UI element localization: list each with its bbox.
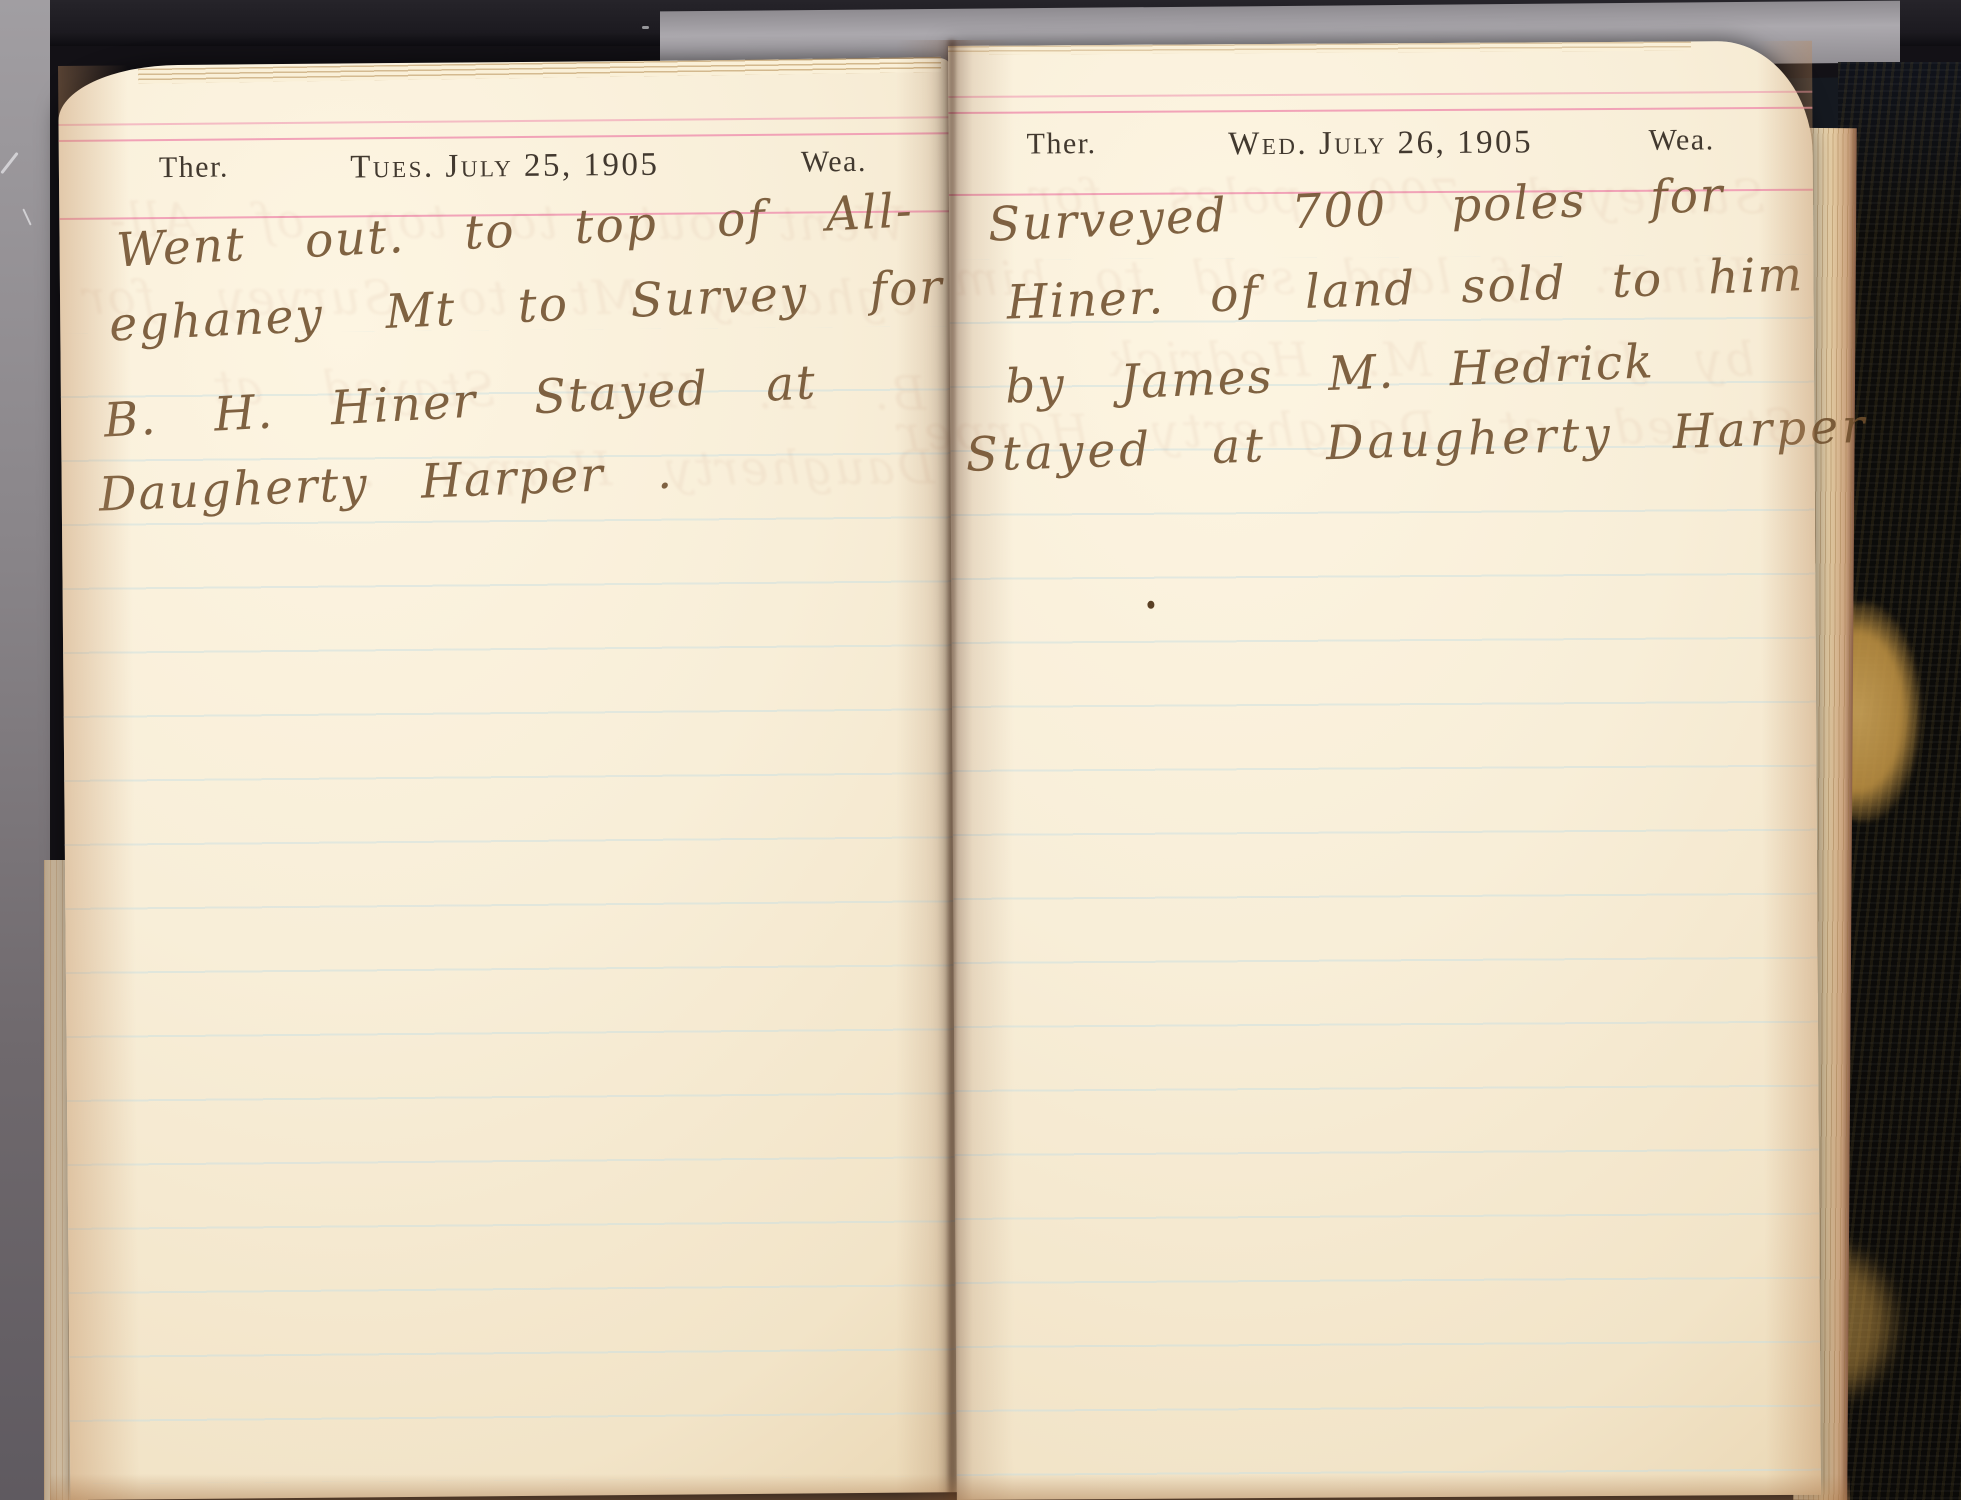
scratch-mark	[0, 152, 18, 174]
printed-header-left: Ther. Tues. July 25, 1905 Wea.	[59, 144, 951, 152]
page-bottom-edge	[50, 1474, 1850, 1500]
scanned-diary-photo: Ther. Tues. July 25, 1905 Wea. Went out.…	[0, 0, 1961, 1500]
handwritten-line: eghaney Mt to Survey for	[108, 260, 945, 353]
handwritten-line: Hiner. of land sold to him	[1006, 247, 1805, 331]
page-shading	[1757, 41, 1821, 1495]
pink-rule	[948, 107, 1812, 114]
ther-label: Ther.	[1026, 127, 1096, 161]
handwritten-entry-right: Surveyed 700 poles for Hiner. of land so…	[989, 193, 1781, 558]
handwritten-entry-left: Went out. to top of All- eghaney Mt to S…	[117, 216, 940, 583]
book-gutter-shadow	[896, 40, 1014, 1500]
diary-page-left: Ther. Tues. July 25, 1905 Wea. Went out.…	[58, 58, 962, 1500]
handwritten-line: Surveyed 700 poles for	[987, 168, 1725, 253]
handwritten-line: by James M. Hedrick	[1004, 334, 1656, 414]
handwritten-line: B. H. Hiner Stayed at	[102, 355, 818, 449]
pink-rule	[59, 116, 951, 125]
scratch-mark	[22, 208, 31, 225]
book-cover	[1838, 62, 1961, 1500]
pink-rule	[59, 132, 951, 142]
diary-page-right: Ther. Wed. July 26, 1905 Wea. Surveyed 7…	[948, 41, 1821, 1500]
scanner-bed-strip-left	[0, 0, 50, 1500]
printed-header-right: Ther. Wed. July 26, 1905 Wea.	[949, 123, 1813, 128]
date-heading: Wed. July 26, 1905	[1228, 124, 1533, 163]
ther-label: Ther.	[159, 151, 229, 186]
handwritten-line: Daugherty Harper .	[98, 445, 675, 523]
dust-speck	[642, 26, 649, 29]
wea-label: Wea.	[1648, 123, 1714, 157]
handwritten-line: Stayed at Daugherty Harper	[965, 399, 1869, 483]
ink-speck	[1147, 601, 1154, 609]
page-shading	[58, 65, 141, 1500]
handwritten-line: Went out. to top of All-	[115, 183, 915, 278]
pink-rule	[948, 91, 1812, 98]
date-heading: Tues. July 25, 1905	[350, 147, 659, 187]
wea-label: Wea.	[801, 145, 867, 180]
